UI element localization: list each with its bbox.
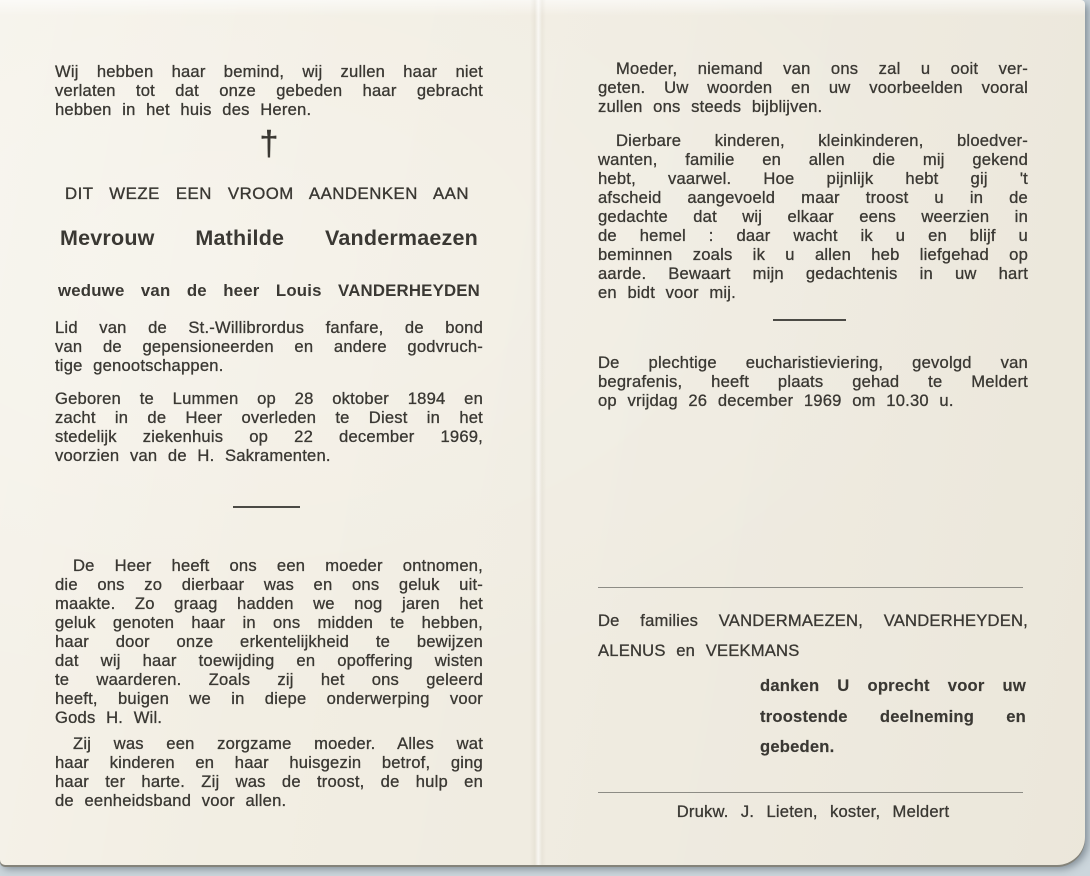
section-divider xyxy=(233,506,300,508)
widow-line: weduwe van de heer Louis VANDERHEYDEN xyxy=(55,281,483,301)
birth-death-paragraph: Geboren te Lummen op 28 oktober 1894 enz… xyxy=(55,389,483,465)
fold-crease xyxy=(530,0,546,865)
families-paragraph: De families VANDERMAEZEN, VANDERHEYDEN,A… xyxy=(598,606,1028,666)
deceased-name: Mevrouw Mathilde Vandermaezen xyxy=(55,226,483,251)
funeral-paragraph: De plechtige eucharistieviering, gevolgd… xyxy=(598,353,1028,410)
section-divider xyxy=(773,319,846,321)
left-page: Wij hebben haar bemind, wij zullen haar … xyxy=(55,0,483,865)
intro-verse: Wij hebben haar bemind, wij zullen haar … xyxy=(55,62,483,119)
horizontal-rule xyxy=(598,792,1023,793)
printer-credit: Drukw. J. Lieten, koster, Meldert xyxy=(598,802,1028,821)
horizontal-rule xyxy=(598,587,1023,588)
membership-paragraph: Lid van de St.-Willibrordus fanfare, de … xyxy=(55,318,483,375)
thanks-paragraph: danken U oprecht voor uwtroostende deeln… xyxy=(760,671,1026,763)
tribute-paragraph-2: Zij was een zorgzame moeder. Alles watha… xyxy=(55,734,483,810)
right-page: Moeder, niemand van ons zal u ooit ver-g… xyxy=(598,0,1028,865)
dedication-line: DIT WEZE EEN VROOM AANDENKEN AAN xyxy=(55,184,483,204)
memorial-card: Wij hebben haar bemind, wij zullen haar … xyxy=(0,0,1085,865)
tribute-paragraph-1: De Heer heeft ons een moeder ontnomen,di… xyxy=(55,556,483,727)
mother-paragraph: Moeder, niemand van ons zal u ooit ver-g… xyxy=(598,59,1028,116)
cross-icon: † xyxy=(55,125,483,164)
farewell-paragraph: Dierbare kinderen, kleinkinderen, bloedv… xyxy=(598,131,1028,302)
